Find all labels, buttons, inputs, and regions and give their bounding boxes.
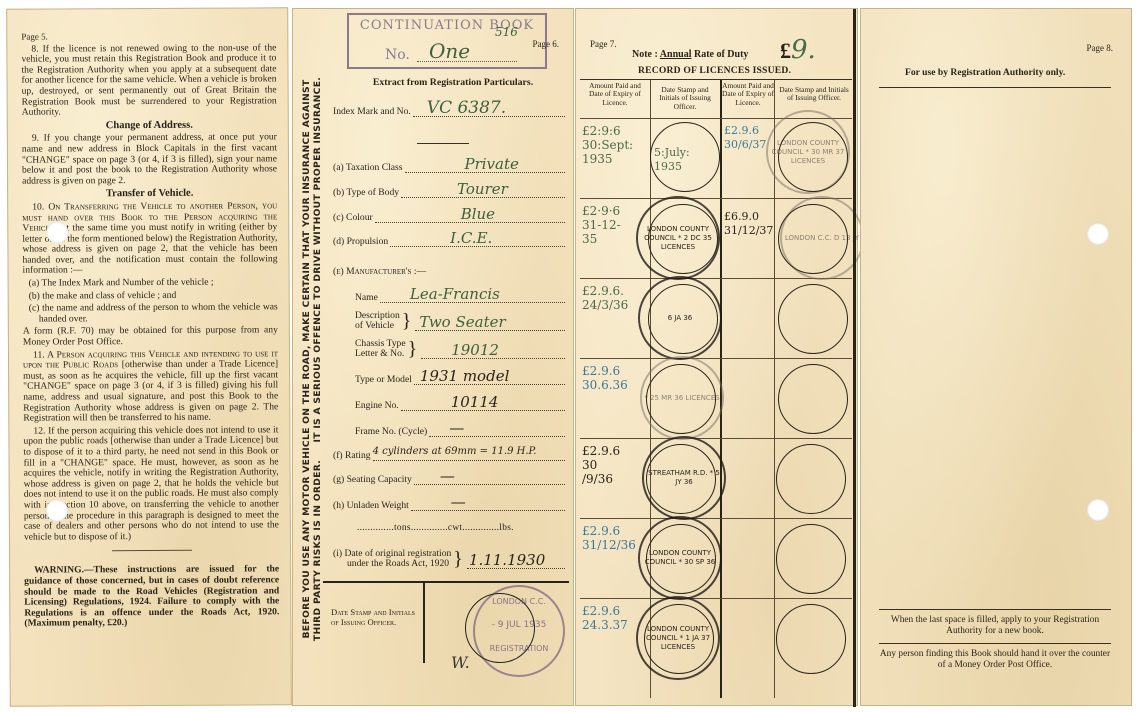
licence-amount-7: £2.9.6 24.3.37: [582, 604, 628, 632]
issuing-officer-label: Date Stamp and Initials of Issuing Offic…: [331, 607, 415, 627]
field-value: VC 6387.: [427, 100, 506, 116]
field-value: 4 cylinders at 69mm = 11.9 H.P.: [373, 444, 537, 460]
field-seating-capacity: (g) Seating Capacity —: [333, 471, 565, 485]
insurance-warning-line-1: BEFORE YOU USE ANY MOTOR VEHICLE ON THE …: [301, 39, 312, 679]
new-book-note: When the last space is filled, apply to …: [875, 615, 1115, 637]
duty-amount: £9.: [780, 35, 816, 65]
field-label: (c) Colour: [333, 212, 373, 223]
page-5-instructions: Page 5. 8. If the licence is not renewed…: [21, 30, 279, 631]
divider: [423, 583, 425, 663]
extract-title: Extract from Registration Particulars.: [333, 77, 573, 88]
field-value: Blue: [461, 206, 495, 222]
field-manufacturer-heading: (e) Manufacturer's :—: [333, 263, 565, 277]
row-divider: [580, 438, 852, 439]
page-7: Page 7. Note : Annual Rate of Duty £9. R…: [575, 8, 858, 706]
field-value: Lea-Francis: [410, 286, 500, 302]
note-prefix: Note :: [632, 49, 658, 60]
field-label-line: of Vehicle: [355, 320, 394, 331]
pound-symbol: £: [780, 38, 791, 63]
licence-amount-2: £2·9·6 31-12- 35: [582, 204, 621, 246]
note-annual: Annual: [660, 49, 692, 60]
row-divider: [580, 598, 852, 599]
page-6: BEFORE YOU USE ANY MOTOR VEHICLE ON THE …: [292, 8, 574, 706]
field-label: (b) Type of Body: [333, 187, 399, 198]
field-chassis: Chassis TypeLetter & No. } 19012: [355, 335, 565, 359]
field-label: (a) Taxation Class: [333, 162, 403, 173]
field-unladen-weight: (h) Unladen Weight —: [333, 497, 565, 511]
field-type-or-model: Type or Model 1931 model: [355, 371, 565, 385]
field-type-of-body: (b) Type of Body Tourer: [333, 184, 565, 198]
duty-value: 9.: [791, 35, 816, 65]
stamp-circle-empty: [776, 604, 846, 674]
continuation-no-annotation: 516: [495, 25, 518, 39]
field-index-mark: Index Mark and No. VC 6387.: [333, 103, 565, 117]
stamp-circle: [648, 204, 718, 274]
field-engine-no: Engine No. 10114: [355, 397, 565, 411]
field-rating: (f) Rating 4 cylinders at 69mm = 11.9 H.…: [333, 447, 565, 461]
field-value: Two Seater: [419, 314, 505, 330]
instruction-12: 12. If the person acquiring this vehicle…: [23, 425, 279, 543]
col-header-amount-right: Amount Paid and Date of Expiry of Licenc…: [722, 82, 774, 107]
punch-hole: [46, 499, 68, 521]
stamp-circle: [648, 284, 718, 354]
insurance-warning-line-2: THIRD PARTY RISKS IS IN ORDER. IT IS A S…: [312, 39, 323, 679]
col-header-amount-left: Amount Paid and Date of Expiry of Licenc…: [582, 82, 648, 107]
divider: [879, 609, 1111, 610]
instruction-10-item-b: (b) the make and class of vehicle ; and: [23, 290, 278, 302]
row-divider: [580, 358, 852, 359]
field-label: (h) Unladen Weight: [333, 500, 409, 511]
field-value: 1.11.1930: [469, 552, 545, 568]
licence-amount-1: £2:9:6 30:Sept: 1935: [582, 124, 633, 166]
record-title: RECORD OF LICENCES ISSUED.: [638, 65, 791, 76]
field-label: Name: [355, 292, 378, 303]
page-5: Page 5. 8. If the licence is not renewed…: [6, 7, 292, 706]
continuation-book-stamp: CONTINUATION BOOK No. One 516: [347, 13, 547, 69]
licence-stamp-1: 5:July: 1935: [654, 146, 690, 174]
unladen-weight-units: ..............tons..............cwt.....…: [357, 523, 514, 533]
licence-amount-8: £2.9.6 30/6/37: [724, 124, 766, 152]
col-header-stamp-left: Date Stamp and Initials of Issuing Offic…: [652, 86, 718, 111]
licence-amount-9: £6.9.0 31/12/37: [724, 210, 773, 238]
brace: }: [453, 549, 463, 569]
field-label: Engine No.: [355, 400, 399, 411]
continuation-no-value: One: [429, 39, 470, 63]
instruction-10-item-c: (c) the name and address of the person t…: [23, 303, 278, 326]
page-8-label: Page 8.: [1087, 43, 1114, 53]
field-label: (d) Propulsion: [333, 236, 388, 247]
warning-text: WARNING.—These instructions are issued f…: [24, 565, 279, 630]
field-label: Chassis TypeLetter & No.: [355, 339, 406, 359]
field-frame-no: Frame No. (Cycle) —: [355, 423, 565, 437]
field-propulsion: (d) Propulsion I.C.E.: [333, 233, 565, 247]
note-suffix: Rate of Duty: [694, 49, 748, 60]
stamp-circle: [646, 364, 716, 434]
divider: [417, 143, 469, 144]
field-value: Tourer: [457, 181, 508, 197]
field-label: Frame No. (Cycle): [355, 426, 427, 437]
licence-record-table: Amount Paid and Date of Expiry of Licenc…: [580, 79, 852, 697]
divider: [879, 643, 1111, 644]
punch-hole: [1087, 223, 1109, 245]
page-edge-rule: [853, 9, 856, 707]
field-value: 10114: [451, 394, 499, 410]
field-original-registration-date: (i) Date of original registrationunder t…: [333, 545, 565, 569]
field-label: (f) Rating: [333, 450, 371, 461]
field-value: I.C.E.: [450, 230, 492, 246]
row-divider: [580, 518, 852, 519]
field-label: Index Mark and No.: [333, 106, 411, 117]
authority-use-label: For use by Registration Authority only.: [905, 67, 1065, 78]
field-label: (i) Date of original registrationunder t…: [333, 549, 451, 569]
licence-amount-6: £2.9.6 31/12/36: [582, 524, 636, 552]
heading-change-of-address: Change of Address.: [22, 120, 277, 132]
stamp-circle: [644, 604, 714, 674]
col-header-stamp-right: Date Stamp and Initials of Issuing Offic…: [776, 86, 852, 103]
stamp-circle: [646, 524, 716, 594]
brace: }: [402, 311, 412, 331]
page-7-label: Page 7.: [590, 39, 617, 49]
brace: }: [408, 339, 418, 359]
instruction-8: 8. If the licence is not renewed owing t…: [21, 43, 276, 118]
field-description: Descriptionof Vehicle } Two Seater: [355, 307, 565, 331]
field-value: Private: [465, 156, 519, 172]
licence-amount-4: £2.9.6 30.6.36: [582, 364, 628, 392]
field-value: 19012: [451, 342, 499, 358]
field-taxation-class: (a) Taxation Class Private: [333, 159, 565, 173]
field-label: Descriptionof Vehicle: [355, 311, 400, 331]
page-6-label: Page 6.: [533, 39, 560, 49]
stamp-circle-empty: [778, 284, 848, 354]
stamp-circle-empty: [776, 444, 846, 514]
page-5-label: Page 5.: [21, 30, 276, 42]
field-value: —: [449, 420, 464, 436]
found-book-note: Any person finding this Book should hand…: [875, 649, 1115, 671]
page-8: Page 8. For use by Registration Authorit…: [860, 8, 1132, 706]
issuing-officer-box: Date Stamp and Initials of Issuing Offic…: [323, 581, 569, 661]
divider: [879, 87, 1111, 88]
field-manufacturer-name: Name Lea-Francis: [355, 289, 565, 303]
heading-transfer-of-vehicle: Transfer of Vehicle.: [22, 189, 277, 201]
officer-initials: W.: [451, 653, 470, 672]
stamp-circle: [465, 593, 535, 663]
field-label: (g) Seating Capacity: [333, 474, 412, 485]
licence-amount-5: £2.9.6 30 /9/36: [582, 444, 620, 486]
field-label-line: under the Roads Act, 1920: [333, 558, 449, 569]
field-colour: (c) Colour Blue: [333, 209, 565, 223]
instruction-10-item-a: (a) The Index Mark and Number of the veh…: [23, 277, 278, 289]
field-label-line: Letter & No.: [355, 348, 404, 359]
instruction-11: 11. A Person acquiring this Vehicle and …: [23, 349, 278, 424]
duty-note: Note : Annual Rate of Duty: [632, 49, 748, 60]
stamp-circle-empty: [778, 364, 848, 434]
stamp-circle-empty: [776, 524, 846, 594]
stamp-circle: [778, 204, 848, 274]
field-value: —: [451, 494, 466, 510]
stamp-circle: [778, 122, 848, 192]
instruction-9: 9. If you change your permanent address,…: [22, 133, 277, 187]
stamp-circle: [646, 444, 716, 514]
field-value: 1931 model: [420, 368, 509, 384]
divider: [112, 550, 192, 551]
continuation-no-label: No.: [385, 47, 410, 63]
instruction-10-form: A form (R.F. 70) may be obtained for thi…: [23, 326, 278, 349]
punch-hole: [1087, 499, 1109, 521]
licence-amount-3: £2.9.6. 24/3/36: [582, 284, 628, 312]
field-label: (e) Manufacturer's :—: [333, 266, 426, 277]
field-label: Type or Model: [355, 374, 412, 385]
punch-hole: [46, 221, 68, 243]
field-value: —: [440, 468, 455, 484]
